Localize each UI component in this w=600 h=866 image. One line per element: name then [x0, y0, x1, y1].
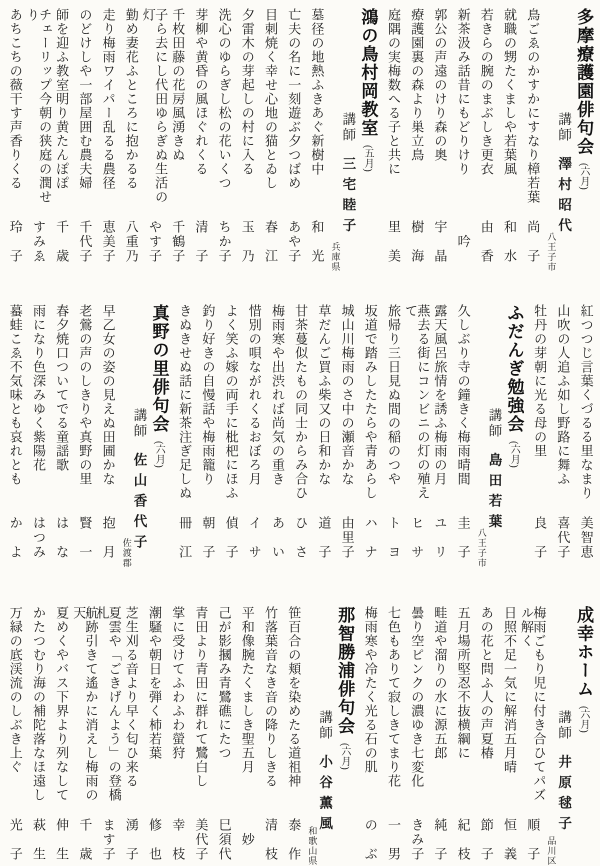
poem-author: 道 子 — [317, 516, 329, 560]
poem-author: 由 香 — [479, 220, 491, 264]
poem-column: 紅つつじ言葉くづるる里なまり美智恵 — [574, 304, 597, 570]
poem-author: 泰 作 — [287, 818, 299, 862]
poem-text: 露天風呂旅情を誘ふ梅雨の月 — [433, 304, 445, 500]
section-title-text: 成幸ホーム — [575, 606, 591, 699]
section-month-label: (六月) — [578, 706, 588, 733]
poem-column: 走り梅雨ワイパー乱るる農径恵美子 — [96, 8, 119, 274]
poem-column: きぬきせぬ話に新茶注ぎ足しぬ冊 江 — [172, 304, 195, 570]
poem-author: 節 子 — [479, 818, 491, 862]
poem-column: 庭隅の実梅数へる子と共に里 美 — [381, 8, 404, 274]
poem-text: 坂道で踏みしたたらや青あらし — [363, 304, 375, 500]
poem-text: 己が影摑み青鷺礁にたつ — [217, 606, 229, 802]
poem-text: 蟇蛙こゑ不気味とも哀れとも — [8, 304, 20, 500]
poem-author: 妙 — [240, 818, 252, 847]
section-title-column: 那智勝浦俳句会(六月) — [330, 606, 358, 866]
poem-text: 庭隅の実梅数へる子と共に — [387, 8, 399, 204]
poem-author: 朝 子 — [201, 516, 213, 560]
poem-column: 五月場所堅忍不抜横綱に紀 枝 — [451, 606, 474, 866]
poem-text: 夏めくやバス下界より列なして — [55, 606, 67, 802]
poem-text: あの花と問ふ人の声夏椿 — [479, 606, 491, 802]
poem-author: 吟 — [456, 220, 468, 249]
poem-author: ト ヨ — [387, 516, 399, 560]
section-title-column: 真野の里俳句会(六月) — [145, 304, 173, 570]
instructor-line: 講師 小谷薫風 — [317, 710, 330, 837]
section-title-column: 成幸ホーム(六月) — [569, 606, 597, 866]
poem-author: イ サ — [247, 516, 259, 560]
poem-text: 山吹の人追ふ如し野路に舞ふ — [556, 304, 568, 500]
poem-column: 春夕焼口ついてでる童謡歌は な — [49, 304, 72, 570]
poem-column: 牡丹の芽朝に光る母の里良 子 — [527, 304, 550, 570]
poem-column: 惜別の唄ながれくるおぼろ月イ サ — [242, 304, 265, 570]
poem-author: 抱 月 — [101, 516, 113, 560]
poem-text: 千枚田藤の花房風湧きぬ — [171, 8, 183, 204]
section-title-text: 鴻の鳥村岡教室 — [359, 8, 375, 138]
poem-text: のどけしや一部屋囲む農夫婦 — [78, 8, 90, 204]
section-title-text: 那智勝浦俳句会 — [336, 606, 352, 736]
section-title-text: 多摩療護園俳句会 — [575, 8, 591, 156]
poem-author: すみゑ — [32, 220, 44, 264]
poem-column: 梅雨ごもり児に付き合ひてパズル解く順 子 — [520, 606, 543, 866]
poem-text: 春夕焼口ついてでる童謡歌 — [55, 304, 67, 500]
poem-author: の ぶ — [363, 818, 375, 862]
poem-author: ヒ サ — [410, 516, 422, 560]
poem-text: 就職の甥たくましや若葉風 — [503, 8, 515, 204]
poem-column: 千枚田藤の花房風湧きぬ千鶴子 — [165, 8, 188, 274]
section-month-label: (六月) — [509, 441, 519, 468]
poem-column: 子ら去にし代田ゆらぎぬ生活の灯やす子 — [142, 8, 165, 274]
poem-text: 郭公の声遠のけり森の奥 — [433, 8, 445, 204]
poem-text: 釣り好きの自慢話や梅雨籠り — [201, 304, 213, 500]
poem-author: きみ子 — [410, 818, 422, 862]
poem-text: 早乙女の姿の見えぬ田圃かな — [101, 304, 113, 500]
poem-column: 青田より青田に群れて鷺白し美代子 — [189, 606, 212, 866]
poem-text: 老鶯の声のしきりや真野の里 — [78, 304, 90, 500]
haiku-magazine-page: 多摩療護園俳句会(六月)講師 澤村昭代八王子市鳥ごゑのかすかにすなり樟若葉尚 子… — [0, 0, 600, 866]
poem-text: 芽柳や黄昏の風ほぐれくる — [194, 8, 206, 204]
poem-author: 和 水 — [503, 220, 515, 264]
poem-author: 圭 子 — [456, 516, 468, 560]
poem-text: 若きらの腕のまぶしき更衣 — [479, 8, 491, 204]
poem-text: 新茶汲み話昔にもどりけり — [456, 8, 468, 204]
poem-text: 日照不足一気に解消五月晴 — [503, 606, 515, 802]
poem-column: 潮騒や朝日を弾く柿若葉修 也 — [142, 606, 165, 866]
poem-column: 老鶯の声のしきりや真野の里賢 一 — [73, 304, 96, 570]
poem-column: 梅雨寒や出渋れば尚気の重きあ い — [265, 304, 288, 570]
poem-text: 平和像腕たくましき聖五月 — [240, 606, 252, 802]
poem-column: 万緑の底渓流のしぶき上ぐ光 子 — [3, 606, 26, 866]
poem-author: ユ リ — [433, 516, 445, 560]
poem-text: 梅雨寒や冷たく光る石の肌 — [363, 606, 375, 802]
poem-author: 一 男 — [387, 818, 399, 862]
instructor-column: 講師 佐山香代子佐渡郡 — [119, 304, 145, 570]
poem-author: やす子 — [148, 220, 160, 264]
poem-author: ひ さ — [294, 516, 306, 560]
poem-text: 笹百合の頬を染めたる道祖神 — [287, 606, 299, 802]
poem-author: 恒 義 — [503, 818, 515, 862]
section-title-text: ふだんぎ勉強会 — [505, 304, 521, 434]
poem-text: 勤め妻花ふところに抱かるる — [124, 8, 136, 204]
poem-column: 鳥ごゑのかすかにすなり樟若葉尚 子 — [520, 8, 543, 274]
instructor-line: 講師 佐山香代子 — [132, 408, 145, 555]
poem-column: 新茶汲み話昔にもどりけり 吟 — [451, 8, 474, 274]
poem-text: あちこちの薇干す声香りくる — [8, 8, 20, 204]
poem-column: 竹落葉音なき音の降りしきる清 枝 — [258, 606, 281, 866]
poem-author: ます子 — [101, 818, 113, 862]
poem-column: 草だんご買ふ柴又の日和かな道 子 — [312, 304, 335, 570]
poem-text: チェーリップ今朝の狭庭の潤せり — [25, 8, 50, 204]
poem-column: 梅雨寒や冷たく光る石の肌の ぶ — [358, 606, 381, 866]
instructor-line: 講師 島田若葉 — [487, 408, 500, 535]
poem-column: 甘茶蔓似たもの同士からみ合ひひ さ — [288, 304, 311, 570]
band-middle: 紅つつじ言葉くづるる里なまり美智恵山吹の人追ふ如し野路に舞ふ喜代子牡丹の芽朝に光… — [3, 304, 597, 570]
poem-text: 療護園裏の森より巣立鳥 — [410, 8, 422, 204]
region-label: 佐渡郡 — [122, 538, 131, 568]
poem-column: 亡夫の名に一刻遊ぶ夕つばめあや子 — [281, 8, 304, 274]
poem-author: 玉 乃 — [240, 220, 252, 264]
poem-text: 城山川梅雨のさ中の瀬音かな — [340, 304, 352, 500]
poem-author: 春 江 — [264, 220, 276, 264]
poem-column: 露天風呂旅情を誘ふ梅雨の月ユ リ — [428, 304, 451, 570]
band-bottom: 成幸ホーム(六月)講師 井原毬子品川区梅雨ごもり児に付き合ひてパズル解く順 子日… — [3, 606, 597, 866]
poem-text: 子ら去にし代田ゆらぎぬ生活の灯 — [141, 8, 166, 204]
poem-column: 笹百合の頬を染めたる道祖神泰 作 — [281, 606, 304, 866]
poem-text: 鳥ごゑのかすかにすなり樟若葉 — [526, 8, 538, 204]
poem-column: 旅帰り三日見ぬ間の稲のつやト ヨ — [381, 304, 404, 570]
poem-text: 雨になり色深みゆく紫陽花 — [32, 304, 44, 500]
poem-author: 玲 子 — [8, 220, 20, 264]
poem-text: 青田より青田に群れて鷺白し — [194, 606, 206, 802]
poem-author: 偵 子 — [224, 516, 236, 560]
poem-author: 冊 江 — [178, 516, 190, 560]
region-label: 和歌山県 — [308, 826, 317, 866]
poem-text: 万緑の底渓流のしぶき上ぐ — [8, 606, 20, 802]
poem-author: 幸 枝 — [171, 818, 183, 862]
poem-column: 郭公の声遠のけり森の奥宇 晶 — [428, 8, 451, 274]
region-label: 八王子市 — [477, 528, 486, 568]
poem-text: 夕雷木の芽起しの村に入る — [240, 8, 252, 204]
instructor-column: 講師 澤村昭代八王子市 — [544, 8, 570, 274]
poem-author: 清 枝 — [264, 818, 276, 862]
poem-author: 和 光 — [310, 220, 322, 264]
poem-text: 洗心のゆらぎし松の花いくつ — [217, 8, 229, 204]
poem-text: 梅雨ごもり児に付き合ひてパズル解く — [520, 606, 545, 802]
poem-text: 畦道や溜りの水に源五郎 — [433, 606, 445, 802]
poem-text: 曇り空ピンクの濃ゆき七変化 — [410, 606, 422, 802]
poem-column: 師を迎ふ教室明り黄たんぽぽ千 歳 — [49, 8, 72, 274]
poem-column: 芝生刈る音より早く匂ひ来る湧 子 — [119, 606, 142, 866]
poem-column: 夏雲や「ごきげんよう」の登橋札ます子 — [96, 606, 119, 866]
poem-text: 久しぶり寺の鐘きく梅雨晴間 — [456, 304, 468, 500]
poem-column: 若きらの腕のまぶしき更衣由 香 — [474, 8, 497, 274]
poem-text: 走り梅雨ワイパー乱るる農径 — [101, 8, 113, 204]
poem-text: 旅帰り三日見ぬ間の稲のつや — [387, 304, 399, 500]
poem-text: 草だんご買ふ柴又の日和かな — [317, 304, 329, 500]
section-month-label: (六月) — [578, 163, 588, 190]
poem-author: 喜代子 — [556, 516, 568, 560]
poem-column: のどけしや一部屋囲む農夫婦千代子 — [73, 8, 96, 274]
poem-author: 良 子 — [533, 516, 545, 560]
poem-column: 航跡引きて遙かに消えし梅雨の天千 歳 — [73, 606, 96, 866]
poem-text: 燕去る街にコンビニの灯の殖えて — [404, 304, 429, 500]
poem-author: 順 子 — [526, 818, 538, 862]
poem-author: 伸 生 — [55, 818, 67, 862]
poem-column: 山吹の人追ふ如し野路に舞ふ喜代子 — [551, 304, 574, 570]
poem-author: 修 也 — [148, 818, 160, 862]
poem-column: よく笑ふ嫁の両手に枇杷にほふ偵 子 — [219, 304, 242, 570]
poem-author: 千 歳 — [78, 818, 90, 862]
poem-column: 療護園裏の森より巣立鳥樹 海 — [404, 8, 427, 274]
poem-author: 尚 子 — [526, 220, 538, 264]
poem-author: 光 子 — [8, 818, 20, 862]
poem-column: 就職の甥たくましや若葉風和 水 — [497, 8, 520, 274]
band-top: 多摩療護園俳句会(六月)講師 澤村昭代八王子市鳥ごゑのかすかにすなり樟若葉尚 子… — [3, 8, 597, 274]
poem-author: 宇 晶 — [433, 220, 445, 264]
poem-column: 己が影摑み青鷺礁にたつ巳須代 — [212, 606, 235, 866]
poem-author: はつみ — [32, 516, 44, 560]
poem-text: 芝生刈る音より早く匂ひ来る — [124, 606, 136, 802]
poem-column: 燕去る街にコンビニの灯の殖えてヒ サ — [404, 304, 427, 570]
poem-text: 梅雨寒や出渋れば尚気の重き — [271, 304, 283, 500]
instructor-column: 講師 井原毬子品川区 — [544, 606, 570, 866]
poem-column: 夏めくやバス下界より列なして伸 生 — [49, 606, 72, 866]
poem-column: 墓径の地熱ふきあぐ新樹中和 光 — [305, 8, 328, 274]
poem-text: かたつむり海の補陀落なほ遠し — [32, 606, 44, 802]
poem-author: 清 子 — [194, 220, 206, 264]
poem-author: 樹 海 — [410, 220, 422, 264]
instructor-line: 講師 三宅睦子 — [341, 112, 354, 239]
poem-text: 墓径の地熱ふきあぐ新樹中 — [310, 8, 322, 204]
poem-author: 八重乃 — [124, 220, 136, 264]
poem-author: 純 子 — [433, 818, 445, 862]
poem-text: 七色もありて寂しきてまり花 — [387, 606, 399, 802]
instructor-column: 講師 島田若葉八王子市 — [474, 304, 500, 570]
region-label: 兵庫県 — [331, 242, 340, 272]
poem-column: 畦道や溜りの水に源五郎純 子 — [428, 606, 451, 866]
poem-author: 美代子 — [194, 818, 206, 862]
instructor-column: 講師 小谷薫風和歌山県 — [305, 606, 331, 866]
poem-column: 曇り空ピンクの濃ゆき七変化きみ子 — [404, 606, 427, 866]
poem-text: 潮騒や朝日を弾く柿若葉 — [148, 606, 160, 802]
poem-column: 早乙女の姿の見えぬ田圃かな抱 月 — [96, 304, 119, 570]
poem-column: 坂道で踏みしたたらや青あらしハ ナ — [358, 304, 381, 570]
poem-column: 芽柳や黄昏の風ほぐれくる清 子 — [189, 8, 212, 274]
section-title-column: ふだんぎ勉強会(六月) — [500, 304, 528, 570]
instructor-line: 講師 澤村昭代 — [556, 112, 569, 239]
poem-author: 千鶴子 — [171, 220, 183, 264]
section-title-text: 真野の里俳句会 — [150, 304, 166, 434]
poem-text: 五月場所堅忍不抜横綱に — [456, 606, 468, 802]
poem-column: かたつむり海の補陀落なほ遠し萩 生 — [26, 606, 49, 866]
poem-author: か よ — [8, 516, 20, 560]
poem-column: 平和像腕たくましき聖五月 妙 — [235, 606, 258, 866]
poem-text: 夏雲や「ごきげんよう」の登橋札 — [95, 606, 120, 802]
poem-text: 惜別の唄ながれくるおぼろ月 — [247, 304, 259, 500]
poem-column: 目刺焼く幸せ心地の猫とゐし春 江 — [258, 8, 281, 274]
poem-column: 夕雷木の芽起しの村に入る玉 乃 — [235, 8, 258, 274]
poem-column: あちこちの薇干す声香りくる玲 子 — [3, 8, 26, 274]
poem-text: 航跡引きて遙かに消えし梅雨の天 — [72, 606, 97, 802]
poem-text: 紅つつじ言葉くづるる里なまり — [579, 304, 591, 500]
poem-column: 城山川梅雨のさ中の瀬音かな由里子 — [335, 304, 358, 570]
poem-text: 竹落葉音なき音の降りしきる — [264, 606, 276, 802]
poem-text: 師を迎ふ教室明り黄たんぽぽ — [55, 8, 67, 204]
poem-author: あや子 — [287, 220, 299, 264]
poem-column: あの花と問ふ人の声夏椿節 子 — [474, 606, 497, 866]
region-label: 品川区 — [547, 836, 556, 866]
poem-author: ハ ナ — [363, 516, 375, 560]
poem-column: 雨になり色深みゆく紫陽花はつみ — [26, 304, 49, 570]
poem-author: 恵美子 — [101, 220, 113, 264]
poem-author: 萩 生 — [32, 818, 44, 862]
poem-author: 千代子 — [78, 220, 90, 264]
poem-column: 掌に受けてふわふわ螢狩幸 枝 — [165, 606, 188, 866]
poem-text: 亡夫の名に一刻遊ぶ夕つばめ — [287, 8, 299, 204]
poem-column: 久しぶり寺の鐘きく梅雨晴間圭 子 — [451, 304, 474, 570]
poem-column: 日照不足一気に解消五月晴恒 義 — [497, 606, 520, 866]
poem-column: 洗心のゆらぎし松の花いくつちか子 — [212, 8, 235, 274]
section-title-column: 鴻の鳥村岡教室(五月) — [353, 8, 381, 274]
poem-text: 甘茶蔓似たもの同士からみ合ひ — [294, 304, 306, 500]
poem-author: 由里子 — [340, 516, 352, 560]
poem-author: 美智恵 — [579, 516, 591, 560]
poem-text: 牡丹の芽朝に光る母の里 — [533, 304, 545, 500]
section-month-label: (六月) — [154, 441, 164, 468]
section-month-label: (六月) — [339, 743, 349, 770]
poem-text: 目刺焼く幸せ心地の猫とゐし — [264, 8, 276, 204]
instructor-line: 講師 井原毬子 — [556, 710, 569, 837]
poem-author: 里 美 — [387, 220, 399, 264]
poem-column: チェーリップ今朝の狭庭の潤せりすみゑ — [26, 8, 49, 274]
poem-column: 七色もありて寂しきてまり花一 男 — [381, 606, 404, 866]
section-title-column: 多摩療護園俳句会(六月) — [569, 8, 597, 274]
poem-text: よく笑ふ嫁の両手に枇杷にほふ — [224, 304, 236, 500]
poem-text: きぬきせぬ話に新茶注ぎ足しぬ — [178, 304, 190, 500]
poem-author: 巳須代 — [217, 818, 229, 862]
poem-author: 賢 一 — [78, 516, 90, 560]
poem-column: 釣り好きの自慢話や梅雨籠り朝 子 — [196, 304, 219, 570]
poem-author: 湧 子 — [124, 818, 136, 862]
poem-author: は な — [55, 516, 67, 560]
poem-author: あ い — [271, 516, 283, 560]
poem-column: 蟇蛙こゑ不気味とも哀れともか よ — [3, 304, 26, 570]
poem-author: ちか子 — [217, 220, 229, 264]
poem-text: 掌に受けてふわふわ螢狩 — [171, 606, 183, 802]
poem-column: 勤め妻花ふところに抱かるる八重乃 — [119, 8, 142, 274]
section-month-label: (五月) — [363, 145, 373, 172]
instructor-column: 講師 三宅睦子兵庫県 — [328, 8, 354, 274]
poem-author: 千 歳 — [55, 220, 67, 264]
region-label: 八王子市 — [547, 232, 556, 272]
poem-author: 紀 枝 — [456, 818, 468, 862]
